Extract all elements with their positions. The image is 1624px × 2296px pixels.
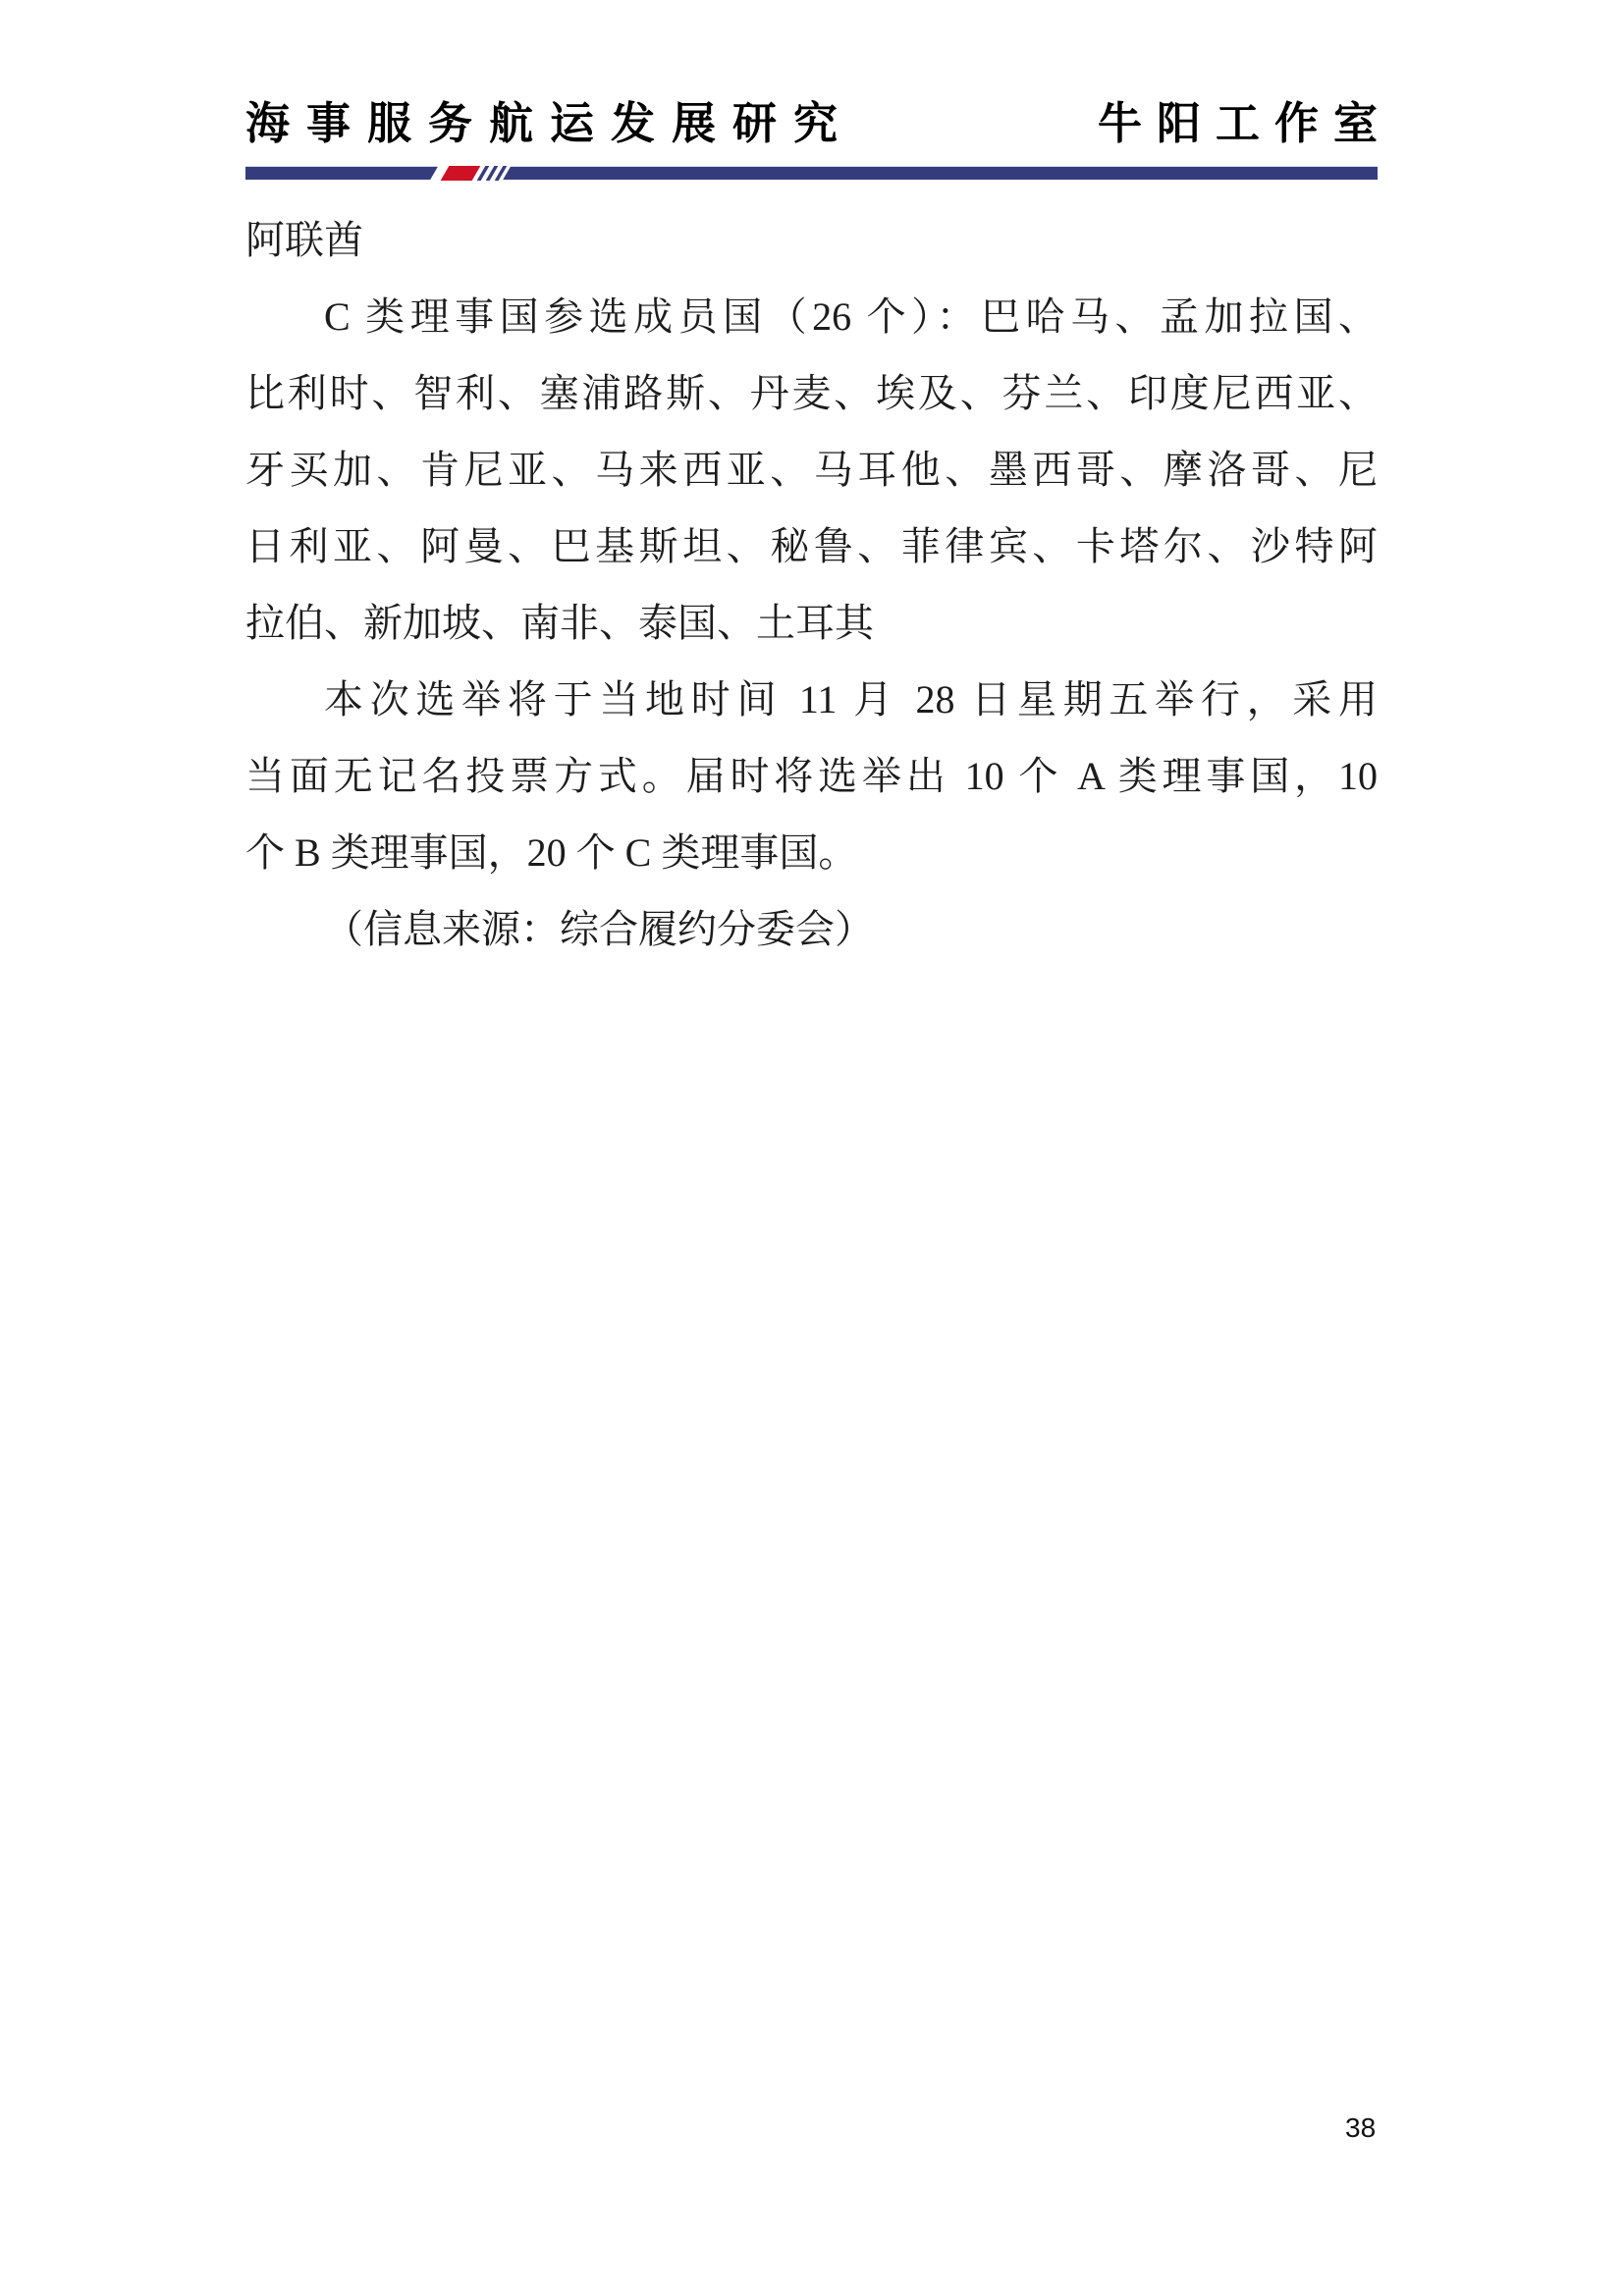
document-page: 海事服务航运发展研究 牛阳工作室 阿联酋 C 类理事国参选成员国（26 个）：巴… [0, 0, 1624, 2296]
paragraph-line: （信息来源：综合履约分委会） [245, 891, 1378, 968]
header-title-right: 牛阳工作室 [1098, 99, 1392, 148]
paragraph-line: C 类理事国参选成员国（26 个）：巴哈马、孟加拉国、 [245, 279, 1378, 355]
paragraph-line: 牙买加、肯尼亚、马来西亚、马耳他、墨西哥、摩洛哥、尼 [245, 432, 1378, 508]
paragraph-line: 当面无记名投票方式。届时将选举出 10 个 A 类理事国，10 [245, 738, 1378, 815]
paragraph-line: 个 B 类理事国，20 个 C 类理事国。 [245, 815, 1378, 891]
paragraph-line: 拉伯、新加坡、南非、泰国、土耳其 [245, 585, 1378, 662]
header-title-left: 海事服务航运发展研究 [245, 99, 854, 148]
header-rule [245, 166, 1378, 180]
page-number: 38 [1345, 2112, 1376, 2144]
paragraph-line: 比利时、智利、塞浦路斯、丹麦、埃及、芬兰、印度尼西亚、 [245, 355, 1378, 432]
paragraph-line: 阿联酋 [245, 202, 1378, 279]
page-header: 海事服务航运发展研究 牛阳工作室 [245, 99, 1378, 148]
document-body: 阿联酋 C 类理事国参选成员国（26 个）：巴哈马、孟加拉国、 比利时、智利、塞… [245, 202, 1378, 968]
paragraph-line: 日利亚、阿曼、巴基斯坦、秘鲁、菲律宾、卡塔尔、沙特阿 [245, 508, 1378, 585]
paragraph-line: 本次选举将于当地时间 11 月 28 日星期五举行，采用 [245, 662, 1378, 738]
